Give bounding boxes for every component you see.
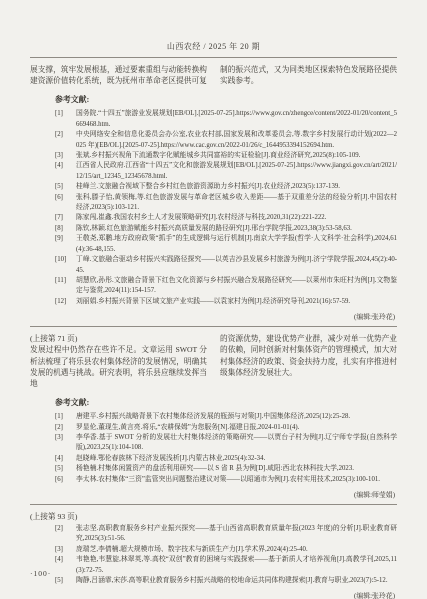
reference-item: [8]陈钦,林颖.红色旅游赋能乡村振兴高质量发展的路径研究[J].邢台学院学报,…: [55, 224, 397, 234]
reference-number: [4]: [55, 555, 63, 565]
reference-text: 胡慧欣,孙彤.文旅融合背景下红色文化资源与乡村振兴融合发展路径研究——以莱州市朱…: [76, 277, 397, 294]
article-p71-body: (上接第 71 页) 发展过程中仍然存在些许不足。文章运用 SWOT 分析法梳理…: [30, 333, 397, 389]
reference-number: [5]: [55, 576, 63, 586]
editor-credit-main: (编辑:张玲花): [30, 311, 395, 321]
header-divider: [30, 57, 397, 58]
reference-item: [4]江西省人民政府.江西省“十四五”文化和旅游发展规划[EB/OL].[202…: [55, 161, 397, 182]
reference-text: 韦艳艳,韦慧旋,林翠英,等.高校“双创”教育的困境与实践探索——基于新质人才培养…: [76, 556, 397, 573]
reference-text: 刘丽娟.乡村振兴背景下区域文旅产业实践——以袁家村为例[J].经济研究导刊,20…: [76, 298, 350, 305]
reference-item: [2]中央网络安全和信息化委员会办公室,农业农村部,国家发展和改革委员会,等.数…: [55, 130, 397, 151]
article-main-left-column: 展支撑，筑牢发展根基，通过要素重组与动能转换构建资源价值转化系统，既为抚州市革命…: [30, 64, 207, 86]
article-main-right-column: 制的振兴范式，又为同类地区探索特色发展路径提供实践参考。: [220, 64, 397, 86]
reference-text: 张志坚.高职教育服务乡村产业振兴探究——基于山西省高职教育质量年报(2023 年…: [76, 525, 397, 542]
journal-page: 山西农经 / 2025 年 20 期 展支撑，筑牢发展根基，通过要素重组与动能转…: [0, 0, 427, 599]
reference-item: [1]唐建平.乡村振兴战略背景下农村集体经济发展的瓶颈与对策[J].中国集体经济…: [55, 412, 397, 422]
references-heading: 参考文献:: [55, 94, 397, 105]
reference-item: [5]桂峰兰.文旅融合视域下整合乡村红色旅游资源助力乡村振兴[J].农业经济,2…: [55, 182, 397, 192]
reference-number: [2]: [55, 130, 63, 140]
editor-credit-p71: (编辑:师莹娟): [30, 489, 395, 499]
reference-item: [5]陶静,吕涵霏,宋莎.高等职业教育服务乡村振兴战略的校地命运共同体构建探索[…: [55, 576, 397, 586]
reference-item: [3]张斌.乡村振兴视角下流通数字化赋能城乡共同富裕的实证检验[J].商业经济研…: [55, 151, 397, 161]
reference-item: [3]庞瑞芝,李倩楠.超大规模市场、数字技术与新质生产力[J].学术界,2024…: [55, 545, 397, 555]
reference-number: [5]: [55, 182, 63, 192]
reference-text: 唐建平.乡村振兴战略背景下农村集体经济发展的瓶颈与对策[J].中国集体经济,20…: [76, 413, 350, 420]
editor-credit-p93: (编辑:张玲花): [30, 590, 395, 599]
reference-text: 赵晓峰.鄂伦春族林下经济发展浅析[J].内蒙古林业,2025(4):32-34.: [76, 455, 265, 462]
section-divider: [30, 504, 397, 505]
reference-number: [10]: [55, 255, 66, 265]
section-divider: [30, 326, 397, 327]
reference-item: [1]国务院.“十四五”旅游业发展规划[EB/OL].[2025-07-25].…: [55, 109, 397, 130]
reference-number: [7]: [55, 213, 63, 223]
reference-text: 中央网络安全和信息化委员会办公室,农业农村部,国家发展和改革委员会,等.数字乡村…: [76, 131, 397, 148]
references-list-p71: [1]唐建平.乡村振兴战略背景下农村集体经济发展的瓶颈与对策[J].中国集体经济…: [55, 412, 397, 485]
reference-item: [2]罗显伦,董现生,黄言亮.将乐,“农耕保姆”为您服务[N].福建日报,202…: [55, 423, 397, 433]
reference-item: [6]张科,滕子怡,黄领梅,等.红色旅游发展与革命老区城乡收入差距——基于双重差…: [55, 193, 397, 214]
reference-text: 王敬尧,郑鹏.地方政府政策“抓手”的生成逻辑与运行机制[J].南京大学学报(哲学…: [76, 235, 397, 252]
reference-text: 丁峰.文旅融合驱动乡村振兴实践路径探究——以英吉沙县发展乡村旅游为例[J].济宁…: [76, 256, 397, 273]
reference-item: [2]张志坚.高职教育服务乡村产业振兴探究——基于山西省高职教育质量年报(202…: [55, 524, 397, 545]
continued-from-label-p93: (上接第 93 页): [30, 511, 397, 522]
reference-number: [2]: [55, 524, 63, 534]
reference-text: 陈家闯,崔鑫.我国农村乡土人才发展策略研究[J].农村经济与科技,2020,31…: [76, 214, 326, 221]
reference-text: 张斌.乡村振兴视角下流通数字化赋能城乡共同富裕的实证检验[J].商业经济研究,2…: [76, 152, 360, 159]
continued-from-label-p71: (上接第 71 页): [30, 333, 207, 344]
reference-text: 国务院.“十四五”旅游业发展规划[EB/OL].[2025-07-25].htt…: [76, 110, 397, 127]
article-main-body: 展支撑，筑牢发展根基，通过要素重组与动能转换构建资源价值转化系统，既为抚州市革命…: [30, 64, 397, 86]
reference-number: [2]: [55, 423, 63, 433]
reference-number: [1]: [55, 109, 63, 119]
reference-item: [7]陈家闯,崔鑫.我国农村乡土人才发展策略研究[J].农村经济与科技,2020…: [55, 213, 397, 223]
reference-number: [3]: [55, 433, 63, 443]
reference-item: [11]胡慧欣,孙彤.文旅融合背景下红色文化资源与乡村振兴融合发展路径研究——以…: [55, 276, 397, 297]
references-list-main: [1]国务院.“十四五”旅游业发展规划[EB/OL].[2025-07-25].…: [55, 109, 397, 307]
reference-item: [3]李华香.基于 SWOT 分析的发展壮大村集体经济的策略研究——以贾台子村为…: [55, 433, 397, 454]
reference-text: 罗显伦,董现生,黄言亮.将乐,“农耕保姆”为您服务[N].福建日报,2024-0…: [76, 424, 299, 431]
reference-number: [3]: [55, 545, 63, 555]
reference-text: 陈钦,林颖.红色旅游赋能乡村振兴高质量发展的路径研究[J].邢台学院学报,202…: [76, 225, 352, 232]
reference-number: [1]: [55, 412, 63, 422]
reference-number: [12]: [55, 297, 66, 307]
reference-text: 桂峰兰.文旅融合视域下整合乡村红色旅游资源助力乡村振兴[J].农业经济,2023…: [76, 183, 340, 190]
article-p71-left-text: 发展过程中仍然存在些许不足。文章运用 SWOT 分析法梳理了将乐县农村集体经济的…: [30, 345, 207, 388]
reference-number: [11]: [55, 276, 66, 286]
reference-text: 陶静,吕涵霏,宋莎.高等职业教育服务乡村振兴战略的校地命运共同体构建探索[J].…: [76, 577, 388, 584]
reference-text: 张科,滕子怡,黄领梅,等.红色旅游发展与革命老区城乡收入差距——基于双重差分法的…: [76, 194, 397, 211]
reference-number: [4]: [55, 454, 63, 464]
references-heading-p71: 参考文献:: [55, 397, 397, 408]
reference-item: [12]刘丽娟.乡村振兴背景下区域文旅产业实践——以袁家村为例[J].经济研究导…: [55, 297, 397, 307]
reference-item: [10]丁峰.文旅融合驱动乡村振兴实践路径探究——以英吉沙县发展乡村旅游为例[J…: [55, 255, 397, 276]
reference-number: [6]: [55, 193, 63, 203]
reference-text: 杨艳楠.村集体闲置资产的盘活利用研究——以 S 省 R 县为例[D].咸阳:西北…: [76, 465, 354, 472]
reference-item: [4]赵晓峰.鄂伦春族林下经济发展浅析[J].内蒙古林业,2025(4):32-…: [55, 454, 397, 464]
reference-text: 李华香.基于 SWOT 分析的发展壮大村集体经济的策略研究——以贾台子村为例[J…: [76, 434, 397, 451]
reference-number: [6]: [55, 475, 63, 485]
reference-number: [3]: [55, 151, 63, 161]
reference-text: 庞瑞芝,李倩楠.超大规模市场、数字技术与新质生产力[J].学术界,2024(4)…: [76, 546, 308, 553]
reference-item: [9]王敬尧,郑鹏.地方政府政策“抓手”的生成逻辑与运行机制[J].南京大学学报…: [55, 234, 397, 255]
references-list-p93: [2]张志坚.高职教育服务乡村产业振兴探究——基于山西省高职教育质量年报(202…: [55, 524, 397, 586]
reference-number: [9]: [55, 234, 63, 244]
page-number: ·100·: [30, 569, 51, 578]
reference-item: [6]李太林.农村集体“三资”监管突出问题整治建议对策——以昭通市为例[J].农…: [55, 475, 397, 485]
reference-number: [5]: [55, 464, 63, 474]
reference-text: 李太林.农村集体“三资”监管突出问题整治建议对策——以昭通市为例[J].农村实用…: [76, 476, 380, 483]
reference-item: [4]韦艳艳,韦慧旋,林翠英,等.高校“双创”教育的困境与实践探索——基于新质人…: [55, 555, 397, 576]
article-p71-left-column: (上接第 71 页) 发展过程中仍然存在些许不足。文章运用 SWOT 分析法梳理…: [30, 333, 207, 389]
reference-number: [8]: [55, 224, 63, 234]
reference-number: [4]: [55, 161, 63, 171]
reference-item: [5]杨艳楠.村集体闲置资产的盘活利用研究——以 S 省 R 县为例[D].咸阳…: [55, 464, 397, 474]
article-p71-right-column: 的资源优势，建设优势产业群，减少对单一优势产业的依赖，同时创新对村集体资产的管理…: [220, 333, 397, 389]
journal-header: 山西农经 / 2025 年 20 期: [30, 41, 397, 52]
reference-text: 江西省人民政府.江西省“十四五”文化和旅游发展规划[EB/OL].[2025-0…: [76, 162, 397, 179]
